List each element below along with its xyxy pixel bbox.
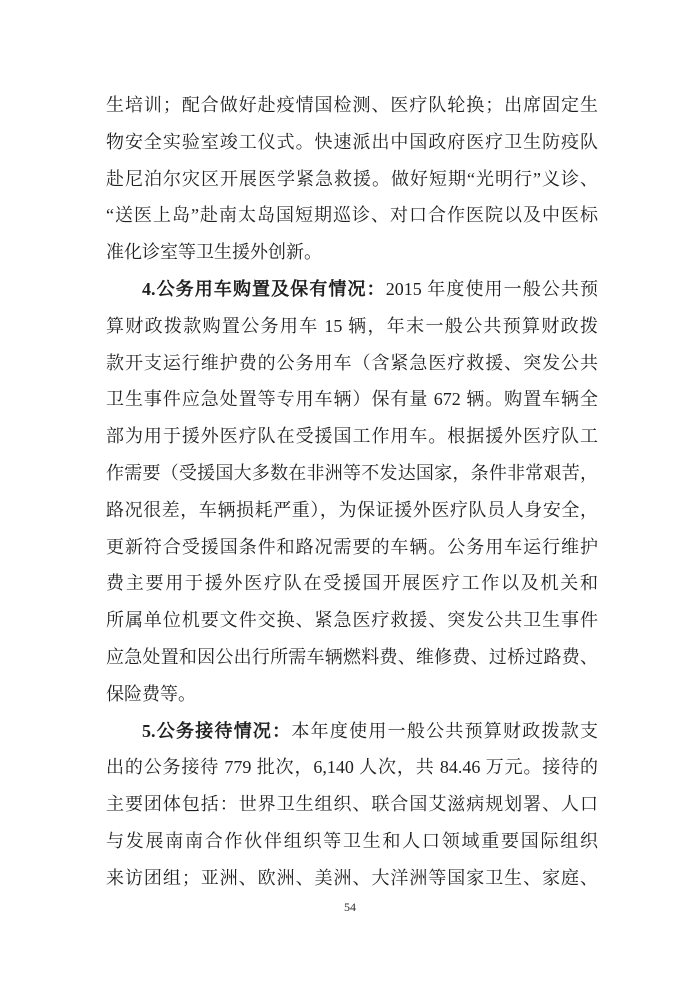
text-line: 与发展南南合作伙伴组织等卫生和人口领域重要国际组织: [106, 823, 598, 860]
text-line: 路况很差，车辆损耗严重），为保证援外医疗队员人身安全，: [106, 492, 598, 529]
text-line: 出的公务接待 779 批次，6,140 人次，共 84.46 万元。接待的: [106, 749, 598, 786]
body-text: 本年度使用一般公共预算财政拨款支: [291, 721, 598, 741]
body-text: 算财政拨款购置公务用车 15 辆，年末一般公共预算财政拨: [106, 316, 598, 336]
body-text: 物安全实验室竣工仪式。快速派出中国政府医疗卫生防疫队: [106, 132, 598, 152]
text-line: 款开支运行维护费的公务用车（含紧急医疗救援、突发公共: [106, 345, 598, 382]
body-text: 部为用于援外医疗队在受援国工作用车。根据援外医疗队工: [106, 426, 598, 446]
body-text: 主要团体包括：世界卫生组织、联合国艾滋病规划署、人口: [106, 794, 598, 814]
text-line: 5.公务接待情况：本年度使用一般公共预算财政拨款支: [106, 713, 598, 750]
body-text: 准化诊室等卫生援外创新。: [106, 242, 322, 262]
body-text: 卫生事件应急处置等专用车辆）保有量 672 辆。购置车辆全: [106, 389, 598, 409]
heading-text: 5.公务接待情况：: [142, 721, 291, 741]
body-text: 应急处置和因公出行所需车辆燃料费、维修费、过桥过路费、: [106, 647, 598, 667]
body-text: 出的公务接待 779 批次，6,140 人次，共 84.46 万元。接待的: [106, 757, 598, 777]
heading-text: 4.公务用车购置及保有情况：: [142, 279, 386, 299]
body-text: 与发展南南合作伙伴组织等卫生和人口领域重要国际组织: [106, 831, 598, 851]
document-page: 生培训；配合做好赴疫情国检测、医疗队轮换；出席固定生物安全实验室竣工仪式。快速派…: [0, 0, 700, 989]
body-text: 赴尼泊尔灾区开展医学紧急救援。做好短期“光明行”义诊、: [106, 169, 598, 189]
body-text: 路况很差，车辆损耗严重），为保证援外医疗队员人身安全，: [106, 500, 598, 520]
text-line: 更新符合受援国条件和路况需要的车辆。公务用车运行维护: [106, 529, 598, 566]
body-text: “送医上岛”赴南太岛国短期巡诊、对口合作医院以及中医标: [106, 205, 598, 225]
text-line: 卫生事件应急处置等专用车辆）保有量 672 辆。购置车辆全: [106, 381, 598, 418]
body-text: 所属单位机要文件交换、紧急医疗救援、突发公共卫生事件: [106, 610, 598, 630]
body-text: 来访团组；亚洲、欧洲、美洲、大洋洲等国家卫生、家庭、: [106, 868, 598, 888]
text-line: 保险费等。: [106, 676, 598, 713]
body-text: 更新符合受援国条件和路况需要的车辆。公务用车运行维护: [106, 537, 598, 557]
body-text: 费主要用于援外医疗队在受援国开展医疗工作以及机关和: [106, 573, 598, 593]
body-text: 2015 年度使用一般公共预: [386, 279, 598, 299]
text-line: 作需要（受援国大多数在非洲等不发达国家，条件非常艰苦，: [106, 455, 598, 492]
text-line: 费主要用于援外医疗队在受援国开展医疗工作以及机关和: [106, 565, 598, 602]
paragraph-item-4-official-vehicles: 4.公务用车购置及保有情况：2015 年度使用一般公共预算财政拨款购置公务用车 …: [106, 271, 598, 713]
text-line: 准化诊室等卫生援外创新。: [106, 234, 598, 271]
text-line: 4.公务用车购置及保有情况：2015 年度使用一般公共预: [106, 271, 598, 308]
text-line: 主要团体包括：世界卫生组织、联合国艾滋病规划署、人口: [106, 786, 598, 823]
paragraph-aid-work-continuation: 生培训；配合做好赴疫情国检测、医疗队轮换；出席固定生物安全实验室竣工仪式。快速派…: [106, 87, 598, 271]
text-line: 部为用于援外医疗队在受援国工作用车。根据援外医疗队工: [106, 418, 598, 455]
body-text: 保险费等。: [106, 684, 196, 704]
text-line: “送医上岛”赴南太岛国短期巡诊、对口合作医院以及中医标: [106, 197, 598, 234]
body-text: 生培训；配合做好赴疫情国检测、医疗队轮换；出席固定生: [106, 95, 598, 115]
paragraph-item-5-official-reception: 5.公务接待情况：本年度使用一般公共预算财政拨款支出的公务接待 779 批次，6…: [106, 713, 598, 897]
text-line: 生培训；配合做好赴疫情国检测、医疗队轮换；出席固定生: [106, 87, 598, 124]
text-line: 应急处置和因公出行所需车辆燃料费、维修费、过桥过路费、: [106, 639, 598, 676]
text-line: 所属单位机要文件交换、紧急医疗救援、突发公共卫生事件: [106, 602, 598, 639]
body-text: 款开支运行维护费的公务用车（含紧急医疗救援、突发公共: [106, 353, 598, 373]
text-line: 赴尼泊尔灾区开展医学紧急救援。做好短期“光明行”义诊、: [106, 161, 598, 198]
text-line: 来访团组；亚洲、欧洲、美洲、大洋洲等国家卫生、家庭、: [106, 860, 598, 897]
body-text: 作需要（受援国大多数在非洲等不发达国家，条件非常艰苦，: [106, 463, 598, 483]
text-line: 算财政拨款购置公务用车 15 辆，年末一般公共预算财政拨: [106, 308, 598, 345]
text-line: 物安全实验室竣工仪式。快速派出中国政府医疗卫生防疫队: [106, 124, 598, 161]
text-block: 生培训；配合做好赴疫情国检测、医疗队轮换；出席固定生物安全实验室竣工仪式。快速派…: [106, 87, 598, 897]
page-number: 54: [0, 900, 700, 914]
